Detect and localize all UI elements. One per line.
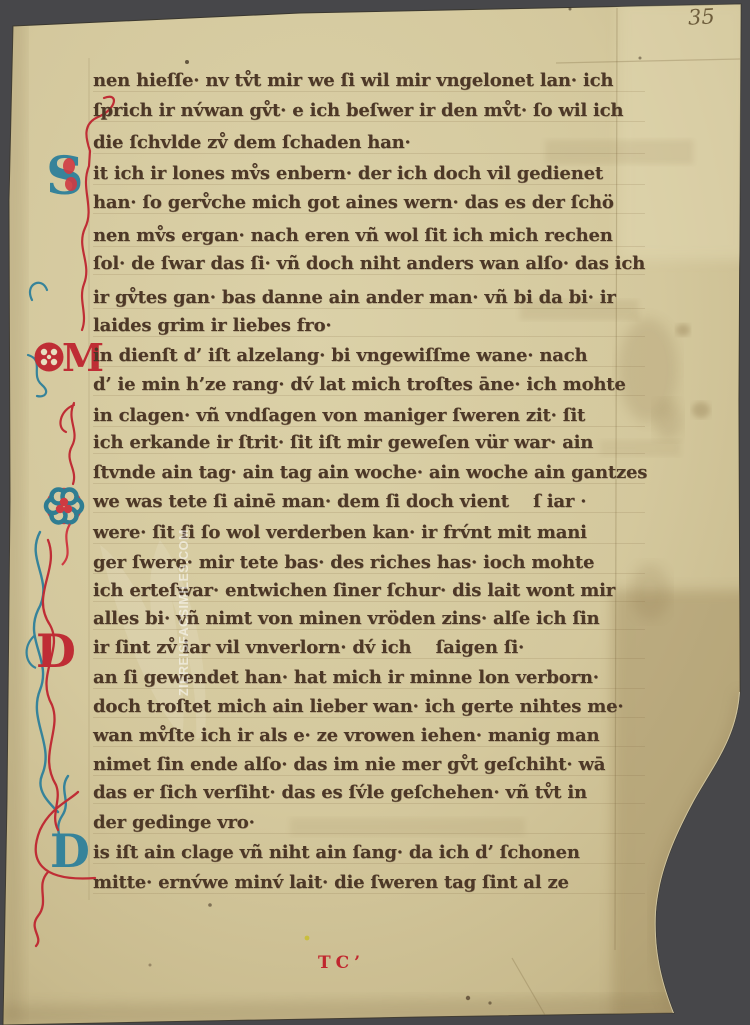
folio-number: 35: [687, 4, 715, 29]
outer-margin-dark-patch: [612, 590, 750, 1025]
lombard-initial-s: S: [46, 146, 84, 207]
svg-text:S: S: [46, 146, 84, 207]
quire-mark: TC’: [318, 953, 365, 973]
lombard-initial-d-blue: D: [50, 824, 90, 878]
svg-text:M: M: [62, 335, 104, 380]
outer-margin-light-patch: [618, 0, 748, 260]
svg-text:D: D: [36, 624, 76, 678]
parchment-artwork: S M: [0, 0, 750, 1025]
left-edge-shadow: [0, 0, 26, 1025]
manuscript-scan: S M: [0, 0, 750, 1025]
svg-text:D: D: [50, 824, 90, 878]
